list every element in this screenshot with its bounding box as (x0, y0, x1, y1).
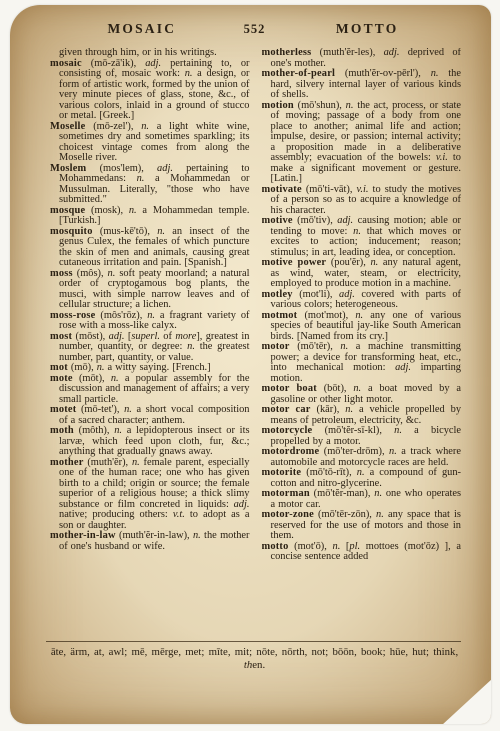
footer-rule (46, 641, 461, 642)
pronunciation-key: āte, ärm, at, awl; mē, mērge, met; mīte,… (44, 646, 465, 671)
dictionary-entry: motorcycle (mō'tĕr-sī-kl), n. a bicycle … (262, 426, 462, 447)
dictionary-page: MOSAIC 552 MOTTO given through him, or i… (10, 5, 491, 724)
headword: motive power (262, 257, 327, 268)
scan-background: MOSAIC 552 MOTTO given through him, or i… (0, 0, 500, 731)
headword: Moslem (50, 163, 86, 174)
entry-body: (mot'li), adj. covered with parts of var… (271, 289, 462, 311)
dictionary-entry: motherless (muth'ĕr-les), adj. deprived … (262, 48, 462, 69)
entry-body: (môs), n. soft peaty moorland; a natural… (59, 268, 250, 311)
headword: motorman (262, 488, 310, 499)
headword: mother (50, 457, 84, 468)
dictionary-entry: most (mōst), adj. [superl. of more], gre… (50, 332, 250, 364)
headword: Moselle (50, 121, 85, 132)
dictionary-entry: mother-of-pearl (muth'ĕr-ov-pērl'), n. t… (262, 69, 462, 101)
dictionary-entry: moss-rose (môs'rōz), n. a fragrant varie… (50, 311, 250, 332)
dictionary-entry: motor car (kār), n. a vehicle propelled … (262, 405, 462, 426)
dictionary-entry: mother (muth'ĕr), n. female parent, espe… (50, 458, 250, 532)
dictionary-entry: motordrome (mō'ter-drōm), n. a track whe… (262, 447, 462, 468)
entry-body: (mōt), n. a popular assembly for the dis… (59, 373, 250, 405)
torn-corner (442, 679, 491, 724)
headword: motley (262, 289, 293, 300)
dictionary-entry: mosquito (mus-kē'tō), n. an insect of th… (50, 227, 250, 269)
headword: motorcycle (262, 425, 313, 436)
headword: mosaic (50, 58, 82, 69)
entry-body: (mot'mot), n. any one of various species… (271, 310, 462, 342)
dictionary-entry: motivate (mō'ti-vāt), v.i. to study the … (262, 185, 462, 217)
headword: motor car (262, 404, 311, 415)
dictionary-entry: mother-in-law (muth'ĕr-in-law), n. the m… (50, 531, 250, 552)
headword: mosque (50, 205, 85, 216)
entry-body: (mot'ō), n. [pl. mottoes (mot'ōz) ], a c… (271, 541, 462, 563)
dictionary-entry: mosque (mosk), n. a Mohammedan temple. [… (50, 206, 250, 227)
headword: motto (262, 541, 289, 552)
headword: moss-rose (50, 310, 95, 321)
entry-body: (mō'tēr), n. a machine transmitting powe… (271, 341, 462, 384)
dictionary-entry: motive power (pou'ĕr), n. any natural ag… (262, 258, 462, 290)
dictionary-entry: moth (môth), n. a lepidopterous insect o… (50, 426, 250, 458)
headword: motet (50, 404, 76, 415)
entry-body: (mō-zā'ik), adj. pertaining to, or consi… (59, 58, 250, 122)
guide-word-right: MOTTO (265, 21, 469, 37)
dictionary-entry: Moselle (mō-zel'), n. a light white wine… (50, 122, 250, 164)
dictionary-entry: motorman (mō'tĕr-man), n. one who operat… (262, 489, 462, 510)
dictionary-entry: mote (mōt), n. a popular assembly for th… (50, 374, 250, 406)
headword: motive (262, 215, 293, 226)
dictionary-entry: motet (mō-tet'), n. a short vocal compos… (50, 405, 250, 426)
dictionary-entry: motley (mot'li), adj. covered with parts… (262, 290, 462, 311)
dictionary-entry: mosaic (mō-zā'ik), adj. pertaining to, o… (50, 59, 250, 122)
entry-body: (mō'shun), n. the act, process, or state… (271, 100, 462, 185)
entry-body: (mō-zel'), n. a light white wine, someti… (59, 121, 250, 164)
dictionary-entry: motion (mō'shun), n. the act, process, o… (262, 101, 462, 185)
headword: motor-zone (262, 509, 314, 520)
dictionary-entry: Moslem (mos'lem), adj. pertaining to Moh… (50, 164, 250, 206)
headword: motorite (262, 467, 302, 478)
text-columns: given through him, or in his writings.mo… (50, 48, 461, 638)
headword: motor boat (262, 383, 317, 394)
page-number: 552 (244, 22, 266, 37)
headword: mother-of-pearl (262, 68, 336, 79)
headword: moth (50, 425, 74, 436)
entry-body: given through him, or in his writings. (59, 48, 217, 58)
dictionary-entry: motorite (mō'tō-rīt), n. a compound of g… (262, 468, 462, 489)
headword: mot (50, 362, 68, 373)
entry-body: (mōst), adj. [superl. of more], greatest… (59, 331, 250, 363)
headword: motion (262, 100, 294, 111)
page-header: MOSAIC 552 MOTTO (40, 21, 469, 37)
dictionary-entry: motmot (mot'mot), n. any one of various … (262, 311, 462, 343)
headword: motmot (262, 310, 298, 321)
guide-word-left: MOSAIC (40, 21, 244, 37)
headword: motor (262, 341, 290, 352)
column-right: motherless (muth'ĕr-les), adj. deprived … (262, 48, 462, 638)
headword: moss (50, 268, 73, 279)
headword: mosquito (50, 226, 93, 237)
headword: motherless (262, 48, 312, 58)
headword: motordrome (262, 446, 320, 457)
entry-body: (mō), n. a witty saying. [French.] (68, 362, 211, 373)
headword: mote (50, 373, 73, 384)
entry-body: (mō'tiv), adj. causing motion; able or t… (271, 215, 462, 258)
dictionary-entry: motor boat (bōt), n. a boat moved by a g… (262, 384, 462, 405)
headword: most (50, 331, 72, 342)
column-left: given through him, or in his writings.mo… (50, 48, 250, 638)
entry-body: (mosk), n. a Mohammedan temple. [Turkish… (59, 205, 250, 227)
entry-body: (mos'lem), adj. pertaining to Mohammedan… (59, 163, 250, 206)
dictionary-entry: moss (môs), n. soft peaty moorland; a na… (50, 269, 250, 311)
entry-body: (môth), n. a lepidopterous insect or its… (59, 425, 250, 457)
dictionary-entry: motto (mot'ō), n. [pl. mottoes (mot'ōz) … (262, 542, 462, 563)
dictionary-entry: motor (mō'tēr), n. a machine transmittin… (262, 342, 462, 384)
entry-body: (mō-tet'), n. a short vocal composition … (59, 404, 250, 426)
headword: mother-in-law (50, 530, 116, 541)
dictionary-entry: motor-zone (mō'tēr-zōn), n. any space th… (262, 510, 462, 542)
dictionary-entry: motive (mō'tiv), adj. causing motion; ab… (262, 216, 462, 258)
headword: motivate (262, 184, 302, 195)
entry-body: (muth'ĕr), n. female parent, especially … (59, 457, 250, 531)
